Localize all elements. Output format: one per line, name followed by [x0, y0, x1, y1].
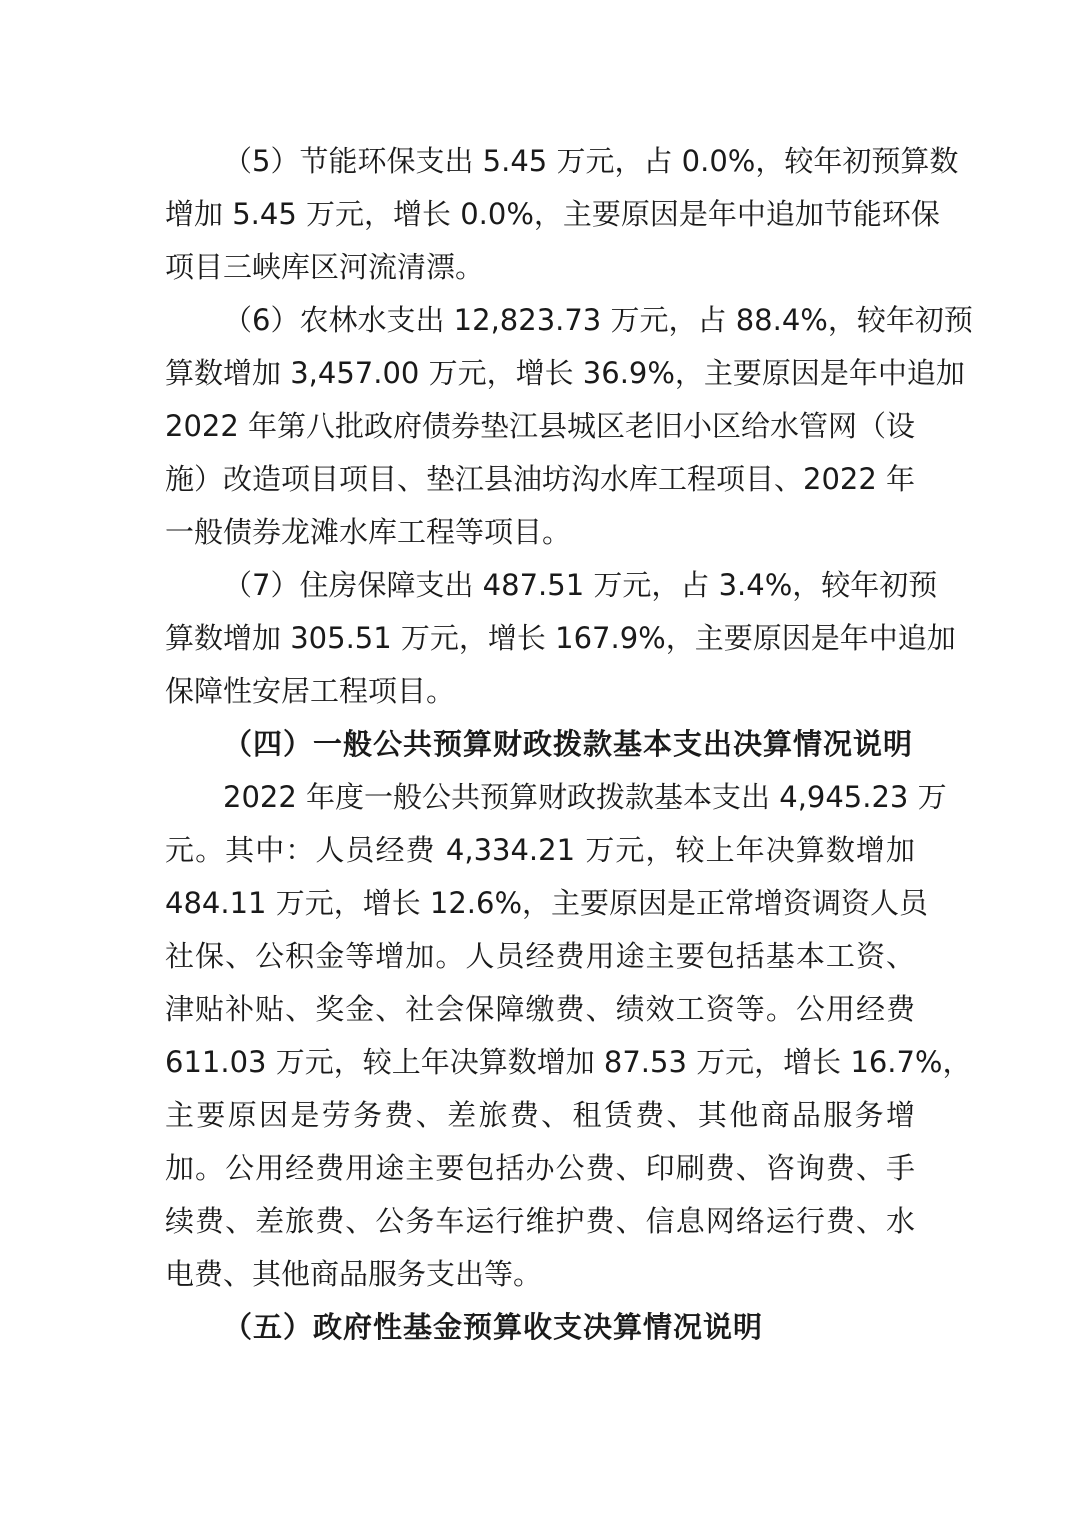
text-line: 2022 年度一般公共预算财政拨款基本支出 4,945.23 万: [165, 774, 915, 827]
document-page: （5）节能环保支出 5.45 万元，占 0.0%，较年初预算数 增加 5.45 …: [165, 138, 915, 1357]
paragraph-energy-environment: （5）节能环保支出 5.45 万元，占 0.0%，较年初预算数 增加 5.45 …: [165, 138, 915, 297]
section-heading-basic-expenditure: （四）一般公共预算财政拨款基本支出决算情况说明: [165, 721, 915, 774]
section-heading-government-fund: （五）政府性基金预算收支决算情况说明: [165, 1304, 915, 1357]
paragraph-agriculture-water: （6）农林水支出 12,823.73 万元，占 88.4%，较年初预 算数增加 …: [165, 297, 915, 562]
text-line: 算数增加 3,457.00 万元，增长 36.9%，主要原因是年中追加: [165, 350, 915, 403]
text-line: 保障性安居工程项目。: [165, 668, 915, 721]
text-line: 续费、差旅费、公务车运行维护费、信息网络运行费、水: [165, 1198, 915, 1251]
text-line: 施）改造项目项目、垫江县油坊沟水库工程项目、2022 年: [165, 456, 915, 509]
text-line: 电费、其他商品服务支出等。: [165, 1251, 915, 1304]
text-line: 一般债券龙滩水库工程等项目。: [165, 509, 915, 562]
text-line: 社保、公积金等增加。人员经费用途主要包括基本工资、: [165, 933, 915, 986]
text-line: 算数增加 305.51 万元，增长 167.9%，主要原因是年中追加: [165, 615, 915, 668]
paragraph-basic-expenditure: 2022 年度一般公共预算财政拨款基本支出 4,945.23 万 元。其中：人员…: [165, 774, 915, 1304]
text-line: 主要原因是劳务费、差旅费、租赁费、其他商品服务增: [165, 1092, 915, 1145]
text-line: 增加 5.45 万元，增长 0.0%，主要原因是年中追加节能环保: [165, 191, 915, 244]
text-line: 项目三峡库区河流清漂。: [165, 244, 915, 297]
text-line: （5）节能环保支出 5.45 万元，占 0.0%，较年初预算数: [165, 138, 915, 191]
text-line: 加。公用经费用途主要包括办公费、印刷费、咨询费、手: [165, 1145, 915, 1198]
text-line: 元。其中：人员经费 4,334.21 万元，较上年决算数增加: [165, 827, 915, 880]
paragraph-housing-security: （7）住房保障支出 487.51 万元，占 3.4%，较年初预 算数增加 305…: [165, 562, 915, 721]
text-line: （6）农林水支出 12,823.73 万元，占 88.4%，较年初预: [165, 297, 915, 350]
text-line: 津贴补贴、奖金、社会保障缴费、绩效工资等。公用经费: [165, 986, 915, 1039]
text-line: 611.03 万元，较上年决算数增加 87.53 万元，增长 16.7%，: [165, 1039, 915, 1092]
text-line: 484.11 万元，增长 12.6%，主要原因是正常增资调资人员: [165, 880, 915, 933]
text-line: （7）住房保障支出 487.51 万元，占 3.4%，较年初预: [165, 562, 915, 615]
text-line: 2022 年第八批政府债券垫江县城区老旧小区给水管网（设: [165, 403, 915, 456]
